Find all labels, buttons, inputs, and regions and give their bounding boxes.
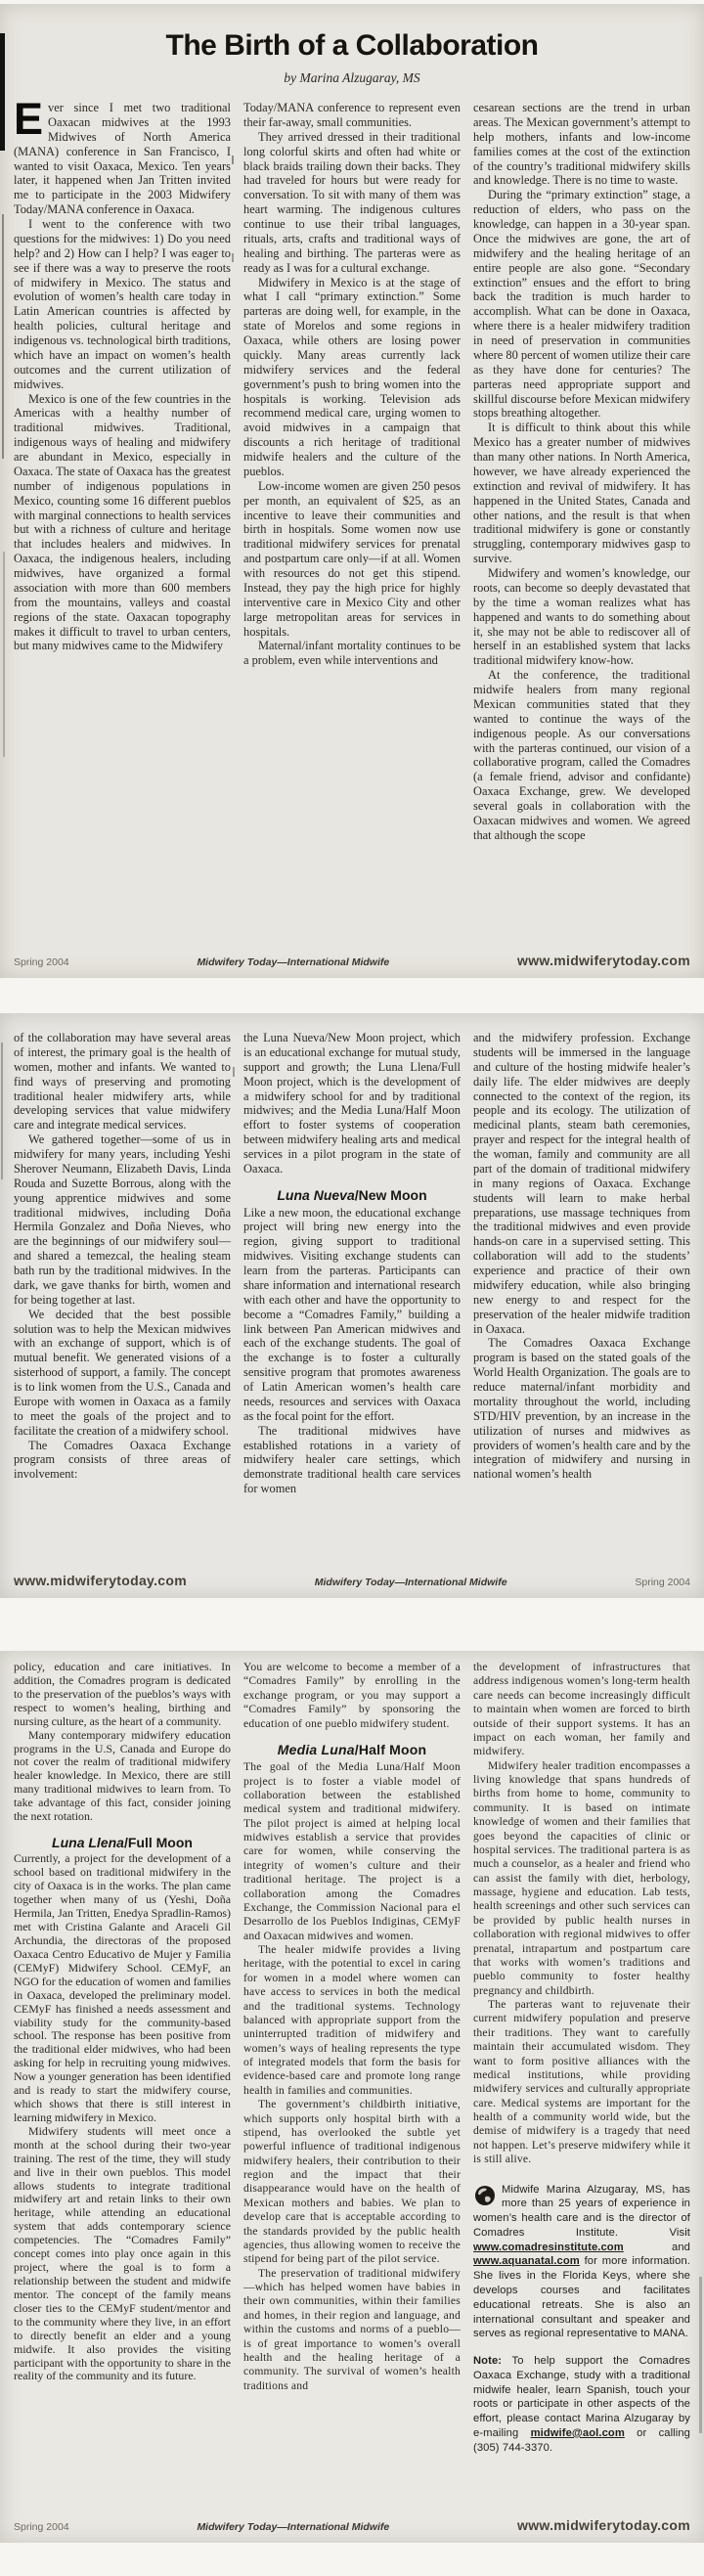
page1-columns: Ever since I met two traditional Oaxacan… [0, 101, 704, 843]
paragraph: The Comadres Oaxaca Exchange program con… [14, 1439, 231, 1483]
page2-column-1: of the collaboration may have several ar… [14, 1031, 231, 1496]
footer-season: Spring 2004 [635, 1577, 690, 1588]
paragraph: Midwifery students will meet once a mont… [14, 2125, 231, 2384]
scan-artifact [232, 253, 234, 262]
scan-artifact [0, 33, 5, 151]
paragraph: Low-income women are given 250 pesos per… [243, 479, 461, 640]
page-2: of the collaboration may have several ar… [0, 1013, 704, 1598]
section-heading-luna-llena: Luna Llena/Full Moon [14, 1835, 231, 1850]
page3-columns: policy, education and care initiatives. … [0, 1651, 704, 2456]
paragraph: cesarean sections are the trend in urban… [473, 101, 690, 188]
page3-footer: Spring 2004 Midwifery Today—Internationa… [14, 2517, 690, 2533]
page2-column-3: and the midwifery profession. Exchange s… [473, 1031, 690, 1496]
scan-artifact [3, 552, 5, 757]
note-label: Note: [473, 2355, 502, 2367]
page3-column-3: the development of infrastructures that … [473, 1661, 690, 2456]
paragraph: The Comadres Oaxaca Exchange program is … [473, 1336, 690, 1482]
paragraph: They arrived dressed in their traditiona… [243, 130, 461, 276]
paragraph: I went to the conference with two questi… [14, 217, 231, 392]
paragraph: The preservation of traditional midwifer… [243, 2267, 461, 2393]
paragraph: of the collaboration may have several ar… [14, 1031, 231, 1133]
link-comadresinstitute[interactable]: www.comadresinstitute.com [473, 2242, 624, 2253]
link-aquanatal[interactable]: www.aquanatal.com [473, 2255, 580, 2267]
page-1: The Birth of a Collaboration by Marina A… [0, 4, 704, 978]
page2-column-2: the Luna Nueva/New Moon project, which i… [243, 1031, 461, 1496]
paragraph: It is difficult to think about this whil… [473, 421, 690, 566]
footer-season: Spring 2004 [14, 956, 69, 968]
scan-artifact [233, 1067, 235, 1077]
paragraph: Currently, a project for the development… [14, 1852, 231, 2124]
paragraph: Midwifery healer tradition encompasses a… [473, 1759, 690, 1998]
page3-column-1: policy, education and care initiatives. … [14, 1661, 231, 2456]
page1-footer: Spring 2004 Midwifery Today—Internationa… [14, 953, 690, 968]
scan-artifact [2, 214, 4, 459]
scanned-article: The Birth of a Collaboration by Marina A… [0, 0, 704, 2576]
paragraph: Midwifery in Mexico is at the stage of w… [243, 276, 461, 479]
paragraph: The healer midwife provides a living her… [243, 1943, 461, 2098]
paragraph: Today/MANA conference to represent even … [243, 101, 461, 130]
paragraph: The parteras want to rejuvenate their cu… [473, 1998, 690, 2167]
bio-text: Midwife Marina Alzugaray, MS, has more t… [473, 2184, 690, 2239]
scan-artifact [232, 155, 234, 164]
paragraph: The goal of the Media Luna/Half Moon pro… [243, 1760, 461, 1943]
paragraph-text: ver since I met two traditional Oaxacan … [14, 101, 231, 216]
bio-text: and [624, 2242, 690, 2253]
paragraph: the Luna Nueva/New Moon project, which i… [243, 1031, 461, 1177]
footer-website: www.midwiferytoday.com [14, 1573, 187, 1588]
scan-artifact [1, 1043, 3, 1179]
author-bio: Midwife Marina Alzugaray, MS, has more t… [473, 2183, 690, 2342]
paragraph: You are welcome to become a member of a … [243, 1661, 461, 1731]
page1-column-3: cesarean sections are the trend in urban… [473, 101, 690, 843]
footer-website: www.midwiferytoday.com [517, 2517, 690, 2533]
section-heading-luna-nueva: Luna Nueva/New Moon [243, 1187, 461, 1204]
paragraph: We gathered together—some of us in midwi… [14, 1133, 231, 1308]
byline: by Marina Alzugaray, MS [0, 70, 704, 86]
paragraph: Ever since I met two traditional Oaxacan… [14, 101, 231, 217]
page-3: policy, education and care initiatives. … [0, 1651, 704, 2543]
footer-season: Spring 2004 [14, 2521, 69, 2533]
heading-english: /New Moon [355, 1187, 427, 1203]
page2-columns: of the collaboration may have several ar… [0, 1013, 704, 1496]
heading-english: /Full Moon [124, 1835, 193, 1850]
footer-magazine-title: Midwifery Today—International Midwife [197, 2521, 389, 2533]
footer-magazine-title: Midwifery Today—International Midwife [315, 1577, 507, 1588]
paragraph: During the “primary extinction” stage, a… [473, 188, 690, 421]
paragraph: The government’s childbirth initiative, … [243, 2098, 461, 2267]
paragraph: Like a new moon, the educational exchang… [243, 1206, 461, 1424]
paragraph: The traditional midwives have establishe… [243, 1424, 461, 1496]
globe-icon [473, 2184, 497, 2207]
page-title: The Birth of a Collaboration [14, 29, 690, 63]
bio-text: for more information. She lives in the F… [473, 2255, 690, 2339]
heading-english: /Half Moon [355, 1742, 427, 1757]
page1-column-2: Today/MANA conference to represent even … [243, 101, 461, 843]
scan-artifact [699, 2277, 702, 2433]
footer-magazine-title: Midwifery Today—International Midwife [197, 956, 389, 968]
heading-spanish: Luna Llena [52, 1835, 124, 1850]
page3-column-2: You are welcome to become a member of a … [243, 1661, 461, 2456]
support-note: Note: To help support the Comadres Oaxac… [473, 2354, 690, 2455]
paragraph: the development of infrastructures that … [473, 1661, 690, 1759]
heading-spanish: Luna Nueva [277, 1187, 354, 1203]
heading-spanish: Media Luna [278, 1742, 355, 1757]
paragraph: At the conference, the traditional midwi… [473, 668, 690, 843]
footer-website: www.midwiferytoday.com [517, 953, 690, 968]
paragraph: and the midwifery profession. Exchange s… [473, 1031, 690, 1336]
section-heading-media-luna: Media Luna/Half Moon [243, 1742, 461, 1758]
paragraph: policy, education and care initiatives. … [14, 1661, 231, 1729]
paragraph: We decided that the best possible soluti… [14, 1308, 231, 1439]
drop-cap: E [14, 102, 43, 137]
paragraph: Maternal/infant mortality continues to b… [243, 639, 461, 668]
link-email[interactable]: midwife@aol.com [531, 2427, 625, 2439]
paragraph: Many contemporary midwifery education pr… [14, 1729, 231, 1824]
page1-column-1: Ever since I met two traditional Oaxacan… [14, 101, 231, 843]
paragraph: Mexico is one of the few countries in th… [14, 392, 231, 654]
page2-footer: www.midwiferytoday.com Midwifery Today—I… [14, 1573, 690, 1588]
paragraph: Midwifery and women’s knowledge, our roo… [473, 566, 690, 668]
